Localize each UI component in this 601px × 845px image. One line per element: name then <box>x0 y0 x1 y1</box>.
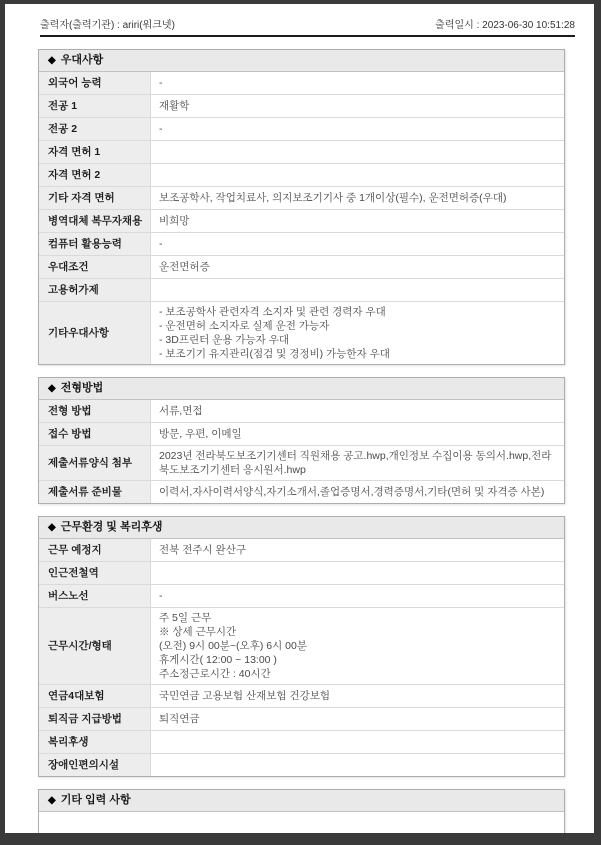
table-row <box>39 812 564 833</box>
row-label: 제출서류 준비물 <box>39 481 151 503</box>
row-value: - 보조공학사 관련자격 소지자 및 관련 경력자 우대 - 운전면허 소지자로… <box>151 302 564 364</box>
section-title: 전형방법 <box>61 382 104 395</box>
section-title: 우대사항 <box>61 54 104 67</box>
row-value: 운전면허증 <box>151 256 564 278</box>
section-selection-method: ◆전형방법전형 방법서류,면접접수 방법방문, 우편, 이메일제출서류양식 첨부… <box>38 377 565 504</box>
table-row: 전공 1재활학 <box>39 95 564 118</box>
row-label: 연금4대보험 <box>39 685 151 707</box>
row-label: 제출서류양식 첨부 <box>39 446 151 480</box>
row-value: 이력서,자사이력서양식,자기소개서,졸업증명서,경력증명서,기타(면허 및 자격… <box>151 481 564 503</box>
row-value-text: 전북 전주시 완산구 <box>159 543 246 557</box>
table-row: 퇴직금 지급방법퇴직연금 <box>39 708 564 731</box>
row-label: 컴퓨터 활용능력 <box>39 233 151 255</box>
row-value: 비희망 <box>151 210 564 232</box>
row-value: 2023년 전라북도보조기기센터 직원채용 공고.hwp,개인정보 수집이용 동… <box>151 446 564 480</box>
row-value: 퇴직연금 <box>151 708 564 730</box>
row-label: 버스노선 <box>39 585 151 607</box>
table-row: 접수 방법방문, 우편, 이메일 <box>39 423 564 446</box>
row-label: 기타우대사항 <box>39 302 151 364</box>
row-value-text: 퇴직연금 <box>159 712 200 726</box>
row-value-text: 이력서,자사이력서양식,자기소개서,졸업증명서,경력증명서,기타(면허 및 자격… <box>159 485 544 499</box>
row-value: - <box>151 118 564 140</box>
table-row: 전형 방법서류,면접 <box>39 400 564 423</box>
row-value-text: 비희망 <box>159 214 189 228</box>
table-row: 인근전철역 <box>39 562 564 585</box>
row-value <box>151 562 564 584</box>
row-value-text: 2023년 전라북도보조기기센터 직원채용 공고.hwp,개인정보 수집이용 동… <box>159 449 556 477</box>
row-label: 장애인편의시설 <box>39 754 151 776</box>
row-label: 근무 예정지 <box>39 539 151 561</box>
row-value: 국민연금 고용보험 산재보험 건강보험 <box>151 685 564 707</box>
table-row: 컴퓨터 활용능력- <box>39 233 564 256</box>
table-row: 복리후생 <box>39 731 564 754</box>
diamond-icon: ◆ <box>48 521 56 534</box>
row-value-text: - <box>159 76 163 90</box>
row-label: 접수 방법 <box>39 423 151 445</box>
row-label: 우대조건 <box>39 256 151 278</box>
row-value-text: 주 5일 근무 ※ 상세 근무시간 (오전) 9시 00분~(오후) 6시 00… <box>159 611 307 681</box>
row-label: 전공 1 <box>39 95 151 117</box>
row-label: 자격 면허 1 <box>39 141 151 163</box>
table-row: 전공 2- <box>39 118 564 141</box>
table-row: 우대조건운전면허증 <box>39 256 564 279</box>
table-row: 기타 자격 면허보조공학사, 작업치료사, 의지보조기기사 중 1개이상(필수)… <box>39 187 564 210</box>
table-row: 자격 면허 2 <box>39 164 564 187</box>
section-work-environment: ◆근무환경 및 복리후생근무 예정지전북 전주시 완산구인근전철역버스노선-근무… <box>38 516 565 777</box>
row-value <box>151 164 564 186</box>
row-label: 인근전철역 <box>39 562 151 584</box>
row-value-text: 재활학 <box>159 99 189 113</box>
row-value: 방문, 우편, 이메일 <box>151 423 564 445</box>
table-row: 근무 예정지전북 전주시 완산구 <box>39 539 564 562</box>
row-label: 외국어 능력 <box>39 72 151 94</box>
row-value: - <box>151 72 564 94</box>
row-value-text: 보조공학사, 작업치료사, 의지보조기기사 중 1개이상(필수), 운전면허증(… <box>159 191 506 205</box>
row-value-text: 국민연금 고용보험 산재보험 건강보험 <box>159 689 330 703</box>
table-row: 장애인편의시설 <box>39 754 564 776</box>
row-value <box>151 754 564 776</box>
table-row: 자격 면허 1 <box>39 141 564 164</box>
table-row: 버스노선- <box>39 585 564 608</box>
row-value-text: - <box>159 237 163 251</box>
row-value-text: 방문, 우편, 이메일 <box>159 427 242 441</box>
row-label: 고용허가제 <box>39 279 151 301</box>
row-value-text: 서류,면접 <box>159 404 203 418</box>
row-value: 주 5일 근무 ※ 상세 근무시간 (오전) 9시 00분~(오후) 6시 00… <box>151 608 564 684</box>
row-value-text: - <box>159 589 163 603</box>
row-label: 복리후생 <box>39 731 151 753</box>
row-label: 근무시간/형태 <box>39 608 151 684</box>
row-value: - <box>151 585 564 607</box>
row-value-text: - 보조공학사 관련자격 소지자 및 관련 경력자 우대 - 운전면허 소지자로… <box>159 305 390 361</box>
printed-by-text: 출력자(출력기관) : ariri(워크넷) <box>40 16 175 31</box>
row-value <box>151 141 564 163</box>
section-other-input: ◆기타 입력 사항 <box>38 789 565 833</box>
table-row: 병역대체 복무자채용비희망 <box>39 210 564 233</box>
section-header-selection-method: ◆전형방법 <box>39 378 564 400</box>
section-preference: ◆우대사항외국어 능력-전공 1재활학전공 2-자격 면허 1자격 면허 2기타… <box>38 49 565 365</box>
row-value: 재활학 <box>151 95 564 117</box>
print-header: 출력자(출력기관) : ariri(워크넷) 출력일시 : 2023-06-30… <box>40 16 575 37</box>
row-value-text: 운전면허증 <box>159 260 210 274</box>
row-value: - <box>151 233 564 255</box>
printed-at-text: 출력일시 : 2023-06-30 10:51:28 <box>435 16 575 31</box>
table-row: 제출서류양식 첨부2023년 전라북도보조기기센터 직원채용 공고.hwp,개인… <box>39 446 564 481</box>
table-row: 제출서류 준비물이력서,자사이력서양식,자기소개서,졸업증명서,경력증명서,기타… <box>39 481 564 503</box>
row-label: 기타 자격 면허 <box>39 187 151 209</box>
row-value: 전북 전주시 완산구 <box>151 539 564 561</box>
row-label: 전형 방법 <box>39 400 151 422</box>
row-value: 서류,면접 <box>151 400 564 422</box>
row-label: 자격 면허 2 <box>39 164 151 186</box>
section-title: 기타 입력 사항 <box>61 794 131 807</box>
table-row: 기타우대사항- 보조공학사 관련자격 소지자 및 관련 경력자 우대 - 운전면… <box>39 302 564 364</box>
diamond-icon: ◆ <box>48 54 56 67</box>
sections: ◆우대사항외국어 능력-전공 1재활학전공 2-자격 면허 1자격 면허 2기타… <box>38 49 594 833</box>
row-value <box>151 731 564 753</box>
row-value <box>151 279 564 301</box>
diamond-icon: ◆ <box>48 794 56 807</box>
section-header-work-environment: ◆근무환경 및 복리후생 <box>39 517 564 539</box>
row-value: 보조공학사, 작업치료사, 의지보조기기사 중 1개이상(필수), 운전면허증(… <box>151 187 564 209</box>
table-row: 근무시간/형태주 5일 근무 ※ 상세 근무시간 (오전) 9시 00분~(오후… <box>39 608 564 685</box>
section-header-preference: ◆우대사항 <box>39 50 564 72</box>
section-header-other-input: ◆기타 입력 사항 <box>39 790 564 812</box>
table-row: 고용허가제 <box>39 279 564 302</box>
row-value-text: - <box>159 122 163 136</box>
row-label: 퇴직금 지급방법 <box>39 708 151 730</box>
document-page: 출력자(출력기관) : ariri(워크넷) 출력일시 : 2023-06-30… <box>5 4 594 833</box>
row-label: 전공 2 <box>39 118 151 140</box>
table-row: 외국어 능력- <box>39 72 564 95</box>
diamond-icon: ◆ <box>48 382 56 395</box>
row-value <box>39 812 564 833</box>
row-label: 병역대체 복무자채용 <box>39 210 151 232</box>
table-row: 연금4대보험국민연금 고용보험 산재보험 건강보험 <box>39 685 564 708</box>
section-title: 근무환경 및 복리후생 <box>61 521 163 534</box>
